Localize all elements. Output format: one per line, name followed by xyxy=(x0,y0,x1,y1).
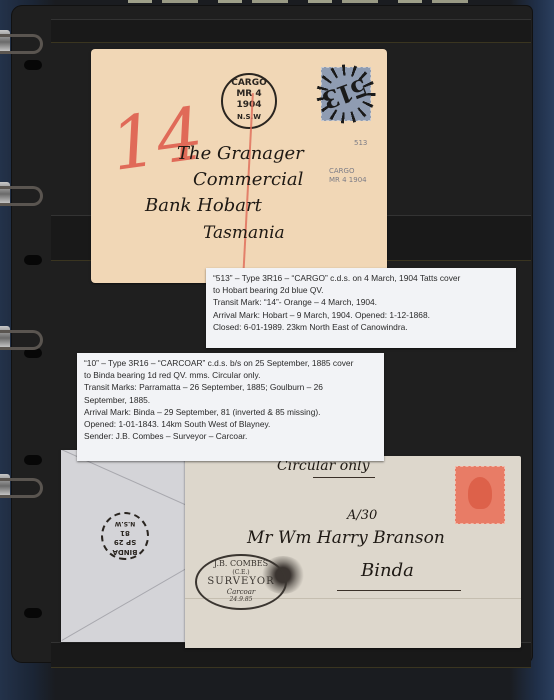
postmark-date: SP 29 xyxy=(103,538,147,546)
manuscript-underline xyxy=(313,477,375,478)
punch-hole xyxy=(24,255,42,265)
address-line: Tasmania xyxy=(203,223,285,243)
cover-carcoar-back[interactable]: BINDA SP 29 81 N.S.W xyxy=(61,450,185,642)
flap-edge xyxy=(61,560,185,641)
label-line: Closed: 6-01-1989. 23km North East of Ca… xyxy=(213,321,509,333)
postmark-year: 1904 xyxy=(223,100,275,110)
oval-name: J.B. COMBES xyxy=(197,559,285,568)
sender-oval-handstamp: J.B. COMBES (C.E.) SURVEYOR Carcoar 24.9… xyxy=(195,554,287,610)
binder-ring[interactable] xyxy=(0,330,43,350)
manuscript-ref: A/30 xyxy=(347,508,377,523)
label-line: “10” – Type 3R16 – “CARCOAR” c.d.s. b/s … xyxy=(84,357,377,369)
label-line: Transit Mark: “14”- Orange – 4 March, 19… xyxy=(213,296,509,308)
stamp-2d-blue-qv: 513 xyxy=(321,67,371,121)
next-page-edge xyxy=(128,0,468,3)
cover-carcoar-front[interactable]: Circular only A/30 Mr Wm Harry Branson B… xyxy=(185,456,521,648)
mount-strip xyxy=(51,19,531,43)
address-line: Commercial xyxy=(193,169,303,190)
label-line: to Hobart bearing 2d blue QV. xyxy=(213,284,509,296)
stamp-1d-red-qv xyxy=(455,466,505,524)
pencil-note: CARGO xyxy=(329,167,354,175)
postmark-state: N.S.W xyxy=(223,112,275,122)
numeral-cancel: 513 xyxy=(308,56,385,133)
label-line: Sender: J.B. Combes – Surveyor – Carcoar… xyxy=(84,430,377,442)
label-line: to Binda bearing 1d red QV. mms. Circula… xyxy=(84,369,377,381)
address-line: The Granager xyxy=(177,143,304,164)
postmark-year: 81 xyxy=(103,529,147,537)
cargo-postmark: CARGO MR 4 1904 N.S.W xyxy=(221,73,277,129)
punch-hole xyxy=(24,455,42,465)
pencil-note: 513 xyxy=(354,139,367,147)
description-label-carcoar: “10” – Type 3R16 – “CARCOAR” c.d.s. b/s … xyxy=(77,353,384,461)
address-underline xyxy=(337,590,461,591)
binder-ring[interactable] xyxy=(0,34,43,54)
address-line: Bank Hobart xyxy=(145,195,262,216)
postmark-state: N.S.W xyxy=(103,519,147,527)
label-line: Arrival Mark: Binda – 29 September, 81 (… xyxy=(84,406,377,418)
label-line: Transit Marks: Parramatta – 26 September… xyxy=(84,381,377,393)
oval-place: Carcoar xyxy=(197,588,285,596)
label-line: September, 1885. xyxy=(84,394,377,406)
oval-date: 24.9.85 xyxy=(197,596,285,603)
cover-cargo-1904[interactable]: CARGO MR 4 1904 N.S.W 513 14 The Granage… xyxy=(91,49,387,283)
description-label-cargo: “513” – Type 3R16 – “CARGO” c.d.s. on 4 … xyxy=(206,268,516,348)
queen-victoria-portrait xyxy=(468,477,492,509)
binder-ring[interactable] xyxy=(0,478,43,498)
binder-ring[interactable] xyxy=(0,186,43,206)
pencil-note: MR 4 1904 xyxy=(329,176,367,184)
oval-middle: (C.E.) xyxy=(197,569,285,576)
address-line: Binda xyxy=(361,560,414,581)
postmark-town: CARGO xyxy=(223,78,275,88)
address-line: Mr Wm Harry Branson xyxy=(247,528,445,548)
label-line: “513” – Type 3R16 – “CARGO” c.d.s. on 4 … xyxy=(213,272,509,284)
label-line: Arrival Mark: Hobart – 9 March, 1904. Op… xyxy=(213,309,509,321)
label-line: Opened: 1-01-1843. 14km South West of Bl… xyxy=(84,418,377,430)
punch-hole xyxy=(24,608,42,618)
postmark-date: MR 4 xyxy=(223,89,275,99)
postmark-town: BINDA xyxy=(103,548,147,556)
punch-hole xyxy=(24,60,42,70)
binda-backstamp: BINDA SP 29 81 N.S.W xyxy=(101,512,149,560)
oval-title: SURVEYOR xyxy=(197,576,285,587)
